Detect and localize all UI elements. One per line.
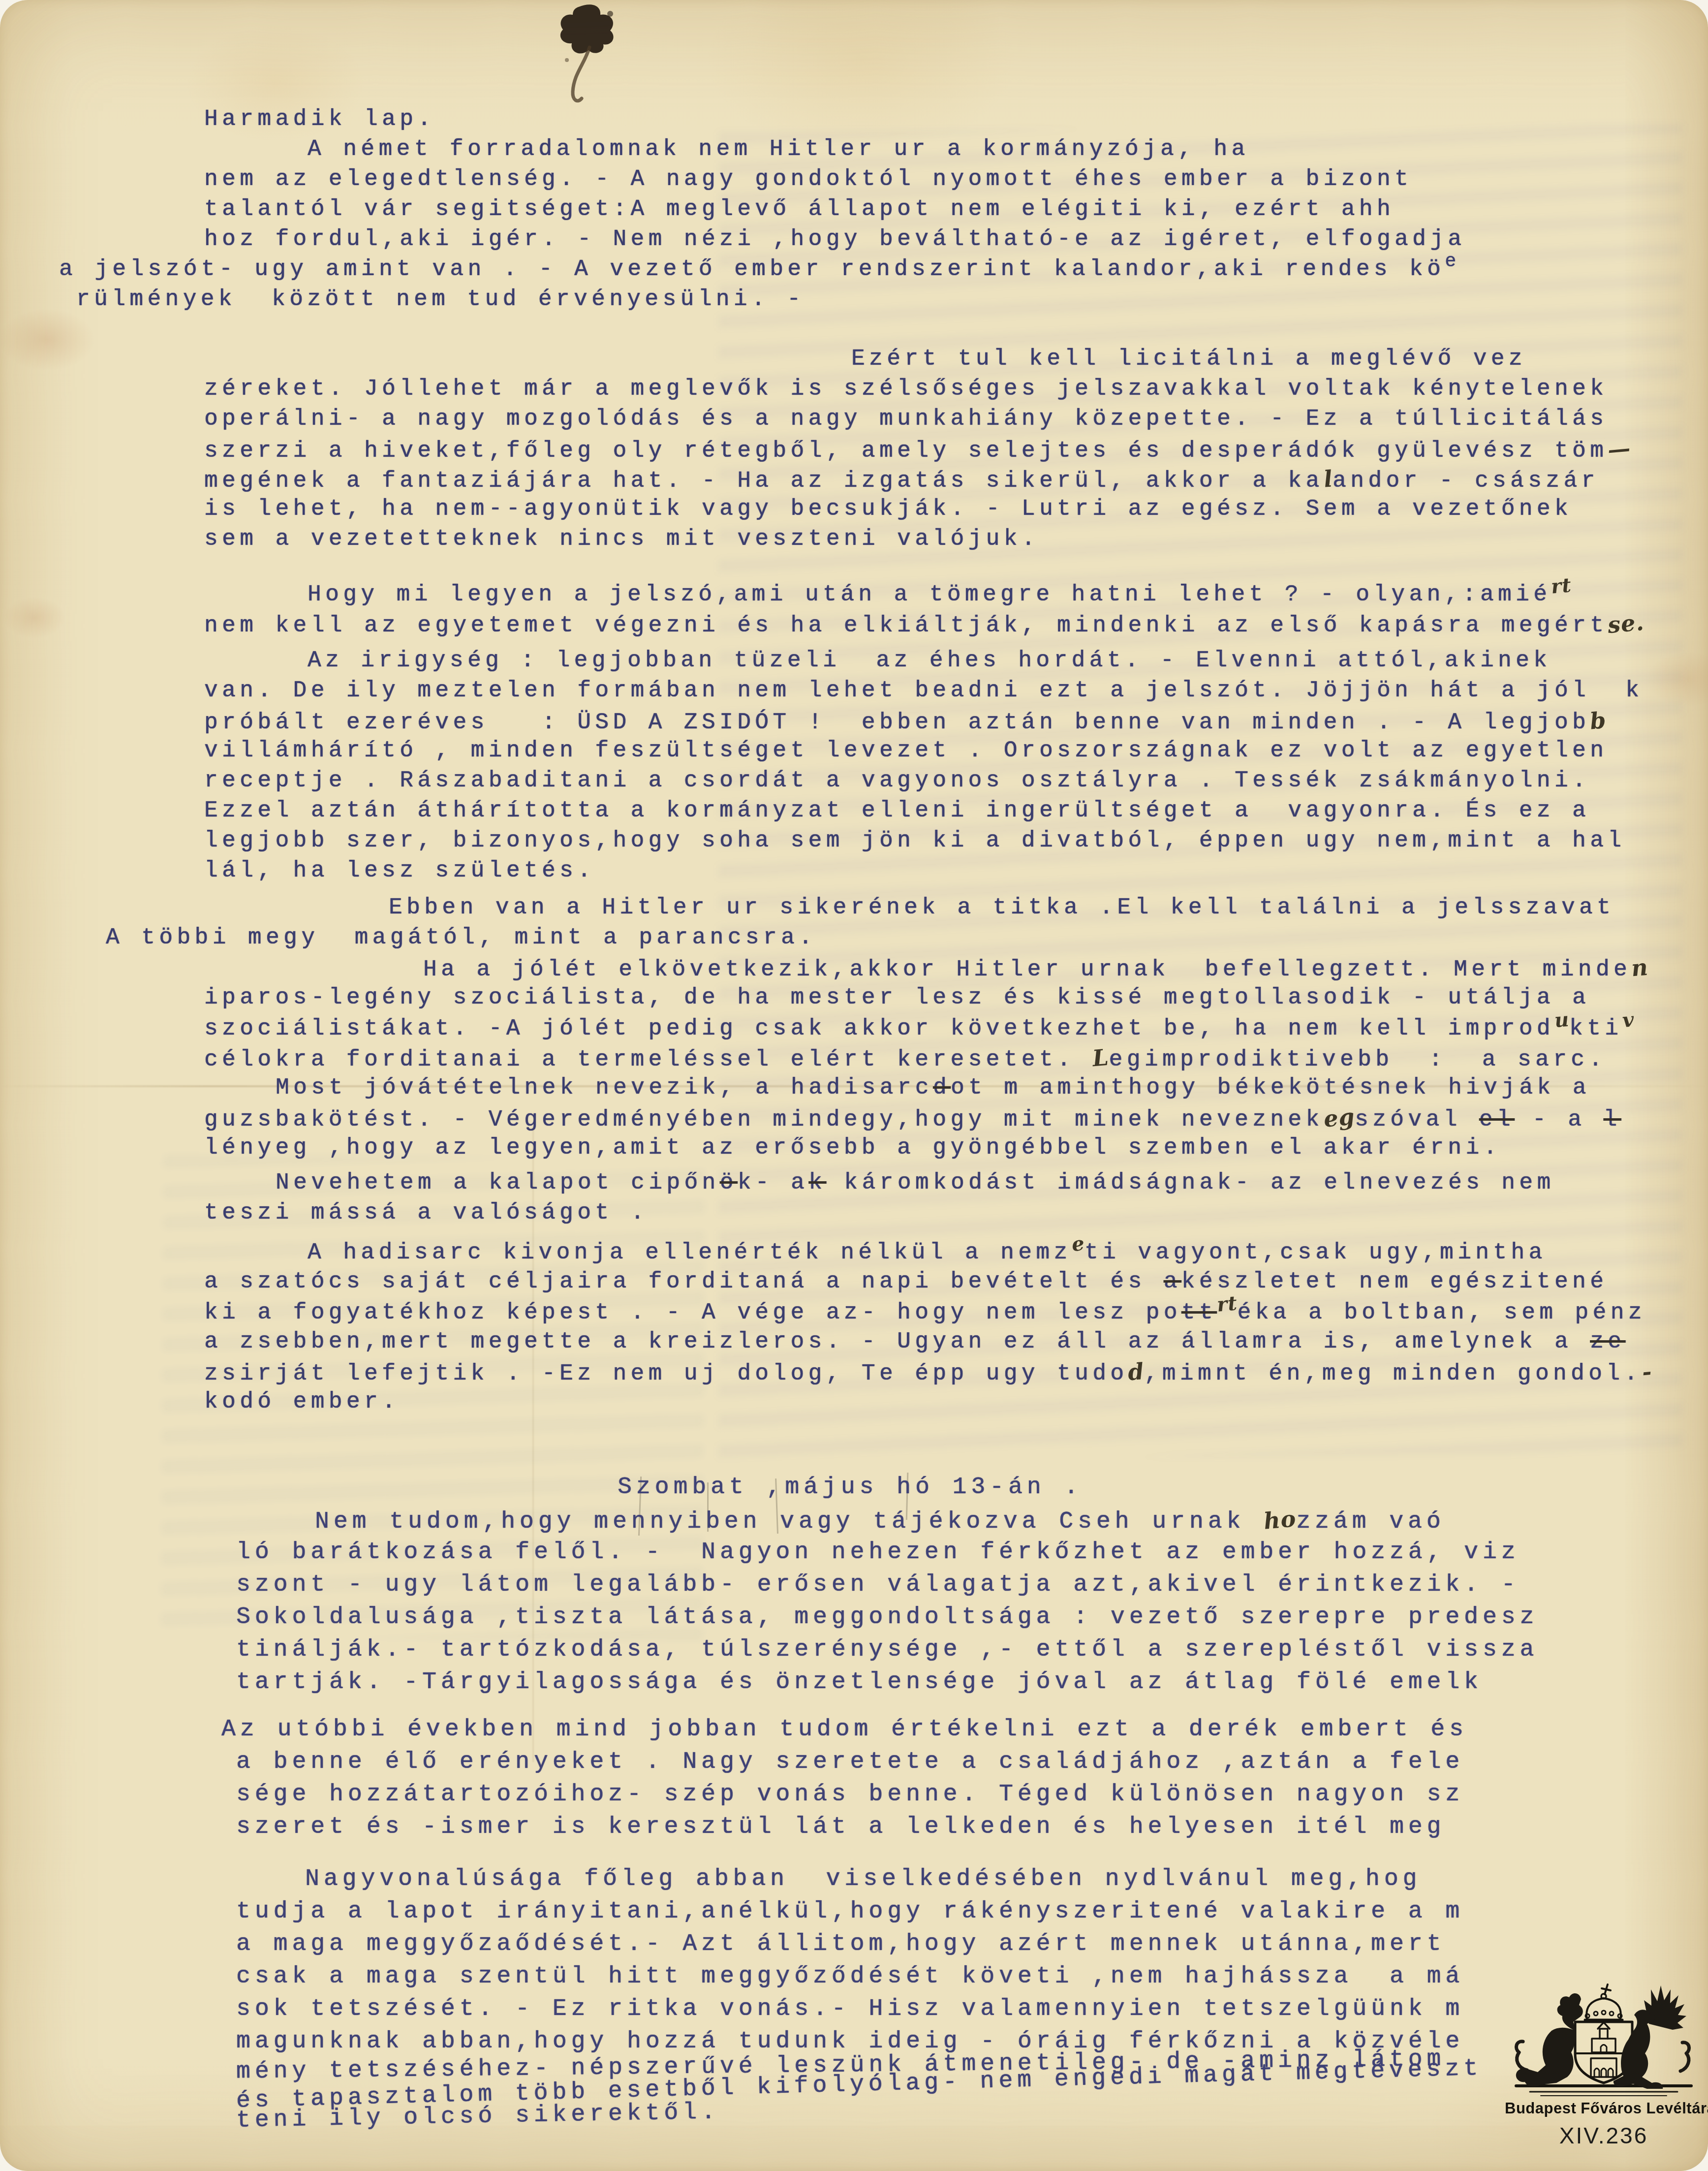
handwritten-correction: se. <box>1607 607 1646 640</box>
text-line: tudja a lapot irányitani,anélkül,hogy rá… <box>0 1895 1708 1928</box>
handwritten-correction: n <box>1630 952 1650 984</box>
typed-text: Ezzel aztán áthárította a kormányzat ell… <box>204 798 1590 823</box>
text-line: Nevehetem a kalapot cipőnök- ak káromkod… <box>0 1168 1708 1198</box>
text-line: receptje . Rászabaditani a csordát a vag… <box>0 766 1708 796</box>
typed-text: e <box>1445 251 1460 272</box>
typed-text: kti <box>1569 1016 1622 1041</box>
text-line: Az irigység : legjobban tüzeli az éhes h… <box>0 646 1708 676</box>
typed-text: szont - ugy látom legalább- erősen válag… <box>236 1572 1520 1598</box>
text-line: iparos-legény szociálista, de ha mester … <box>0 983 1708 1013</box>
text-line: Ebben van a Hitler ur sikerének a titka … <box>0 893 1708 923</box>
text-line: célokra forditanai a termeléssel elért k… <box>0 1043 1708 1073</box>
typed-text: szeret és -ismer is keresztül lát a lelk… <box>236 1814 1445 1840</box>
typed-text: nem kell az egyetemet végezni és ha elki… <box>204 613 1608 638</box>
typed-text: egimprodiktivebb : a sarc. <box>1109 1047 1607 1072</box>
typed-text: hoz fordul,aki igér. - Nem nézi ,hogy be… <box>204 226 1465 252</box>
text-line: nem kell az egyetemet végezni és ha elki… <box>0 609 1708 639</box>
typed-text: Ebben van a Hitler ur sikerének a titka … <box>389 895 1615 920</box>
typed-text: a szatócs saját céljaira forditaná a nap… <box>204 1269 1164 1294</box>
typed-text: szociálistákat. -A jólét pedig csak akko… <box>204 1016 1554 1041</box>
text-line: a benne élő erényeket . Nagy szeretete a… <box>0 1746 1708 1778</box>
typed-text: teni ily olcsó sikerektől. <box>236 2099 720 2134</box>
typed-text: szerzi a hiveket,főleg oly rétegből, ame… <box>204 438 1608 464</box>
typed-text: a jelszót- ugy amint van . - A vezető em… <box>59 256 1445 282</box>
typed-text: próbált ezeréves : ÜSD A ZSIDÓT ! ebben … <box>204 710 1590 735</box>
handwritten-correction: u <box>1553 1005 1570 1036</box>
text-line: próbált ezeréves : ÜSD A ZSIDÓT ! ebben … <box>0 706 1708 736</box>
typed-text: tartják. -Tárgyilagossága és önzetlenség… <box>236 1669 1483 1696</box>
typed-text: Hogy mi legyen a jelszó,ami után a tömeg… <box>308 582 1551 607</box>
text-line: villámhárító , minden feszültséget levez… <box>0 736 1708 766</box>
typed-text: zsirját lefejtik . -Ez nem uj dolog, Te … <box>204 1361 1128 1386</box>
typed-text: lál, ha lesz születés. <box>204 858 595 883</box>
typed-text: A német forradalomnak nem Hitler ur a ko… <box>308 136 1249 162</box>
typed-text: Ezért tul kell licitálni a meglévő vez <box>851 346 1526 372</box>
typed-text: Ha a jólét elkövetkezik,akkor Hitler urn… <box>423 957 1631 982</box>
typed-text: k <box>808 1170 826 1196</box>
typed-text: Most jóvátételnek nevezik, a hadisarc <box>276 1075 933 1101</box>
handwritten-correction: - <box>1641 1356 1653 1387</box>
typed-text: Sokoldalusága ,tiszta látása, meggondolt… <box>236 1604 1538 1631</box>
text-line: ló barátkozása felől. - Nagyon nehezen f… <box>0 1536 1708 1569</box>
typed-text: is lehet, ha nem--agyonütik vagy becsukj… <box>204 496 1572 522</box>
typed-text: a benne élő erényeket . Nagy szeretete a… <box>236 1749 1464 1775</box>
typed-text: l <box>1604 1107 1621 1133</box>
document-page: Harmadik lap.A német forradalomnak nem H… <box>0 0 1708 2171</box>
text-line: rülmények között nem tud érvényesülni. - <box>0 284 1708 315</box>
typed-text: Az irigység : legjobban tüzeli az éhes h… <box>308 648 1551 673</box>
text-line: hoz fordul,aki igér. - Nem nézi ,hogy be… <box>0 224 1708 254</box>
typed-text: ot m aminthogy békekötésnek hivják a <box>951 1075 1590 1101</box>
text-line: szociálistákat. -A jólét pedig csak akko… <box>0 1013 1708 1043</box>
text-line: Az utóbbi években mind jobban tudom érté… <box>0 1713 1708 1746</box>
typed-text: a zsebben,mert megette a kreizleros. - U… <box>204 1329 1590 1354</box>
text-line: Ezzel aztán áthárította a kormányzat ell… <box>0 796 1708 826</box>
typed-text: tt <box>1181 1300 1217 1325</box>
typed-text: a <box>1164 1269 1181 1294</box>
text-line: szerzi a hiveket,főleg oly rétegből, ame… <box>0 434 1708 464</box>
handwritten-correction: L <box>1091 1042 1111 1074</box>
typed-text: operálni- a nagy mozgolódás és a nagy mu… <box>204 406 1608 432</box>
typed-text: nem az elegedtlenség. - A nagy gondoktól… <box>204 166 1412 192</box>
text-line: Most jóvátételnek nevezik, a hadisarcdot… <box>0 1073 1708 1103</box>
handwritten-correction: d <box>1127 1356 1146 1388</box>
typed-text: talantól vár segitséget:A meglevő állapo… <box>204 196 1395 222</box>
typed-text: ki a fogyatékhoz képest . - A vége az- h… <box>204 1300 1181 1325</box>
text-line: zéreket. Jóllehet már a meglevők is szél… <box>0 374 1708 404</box>
text-line: a jelszót- ugy amint van . - A vezető em… <box>0 254 1708 284</box>
text-line: sége hozzátartozóihoz- szép vonás benne.… <box>0 1778 1708 1811</box>
typed-text: Harmadik lap. <box>204 106 435 132</box>
typed-text: Nevehetem a kalapot cipőn <box>276 1170 720 1196</box>
typed-text: zéreket. Jóllehet már a meglevők is szél… <box>204 376 1608 402</box>
text-line: ki a fogyatékhoz képest . - A vége az- h… <box>0 1297 1708 1327</box>
text-line: tartják. -Tárgyilagossága és önzetlenség… <box>0 1666 1708 1699</box>
typed-text: Az utóbbi években mind jobban tudom érté… <box>221 1716 1468 1743</box>
typed-text: megének a fantaziájára hat. - Ha az izga… <box>204 468 1324 494</box>
text-line: Ha a jólét elkövetkezik,akkor Hitler urn… <box>0 953 1708 983</box>
text-line: a zsebben,mert megette a kreizleros. - U… <box>0 1327 1708 1357</box>
handwritten-correction: rt <box>1550 570 1573 601</box>
typed-text: Nem tudom,hogy mennyiben vagy tájékozva … <box>315 1509 1264 1535</box>
typed-text: célokra forditanai a termeléssel elért k… <box>204 1047 1092 1072</box>
text-line: nem az elegedtlenség. - A nagy gondoktól… <box>0 164 1708 194</box>
text-line: Nem tudom,hogy mennyiben vagy tájékozva … <box>0 1504 1708 1536</box>
typed-text: kodó ember. <box>204 1389 400 1415</box>
typed-text: készletet nem egészitené <box>1181 1269 1608 1294</box>
text-line: Sokoldalusága ,tiszta látása, meggondolt… <box>0 1601 1708 1634</box>
typed-text: éka a boltban, sem pénz <box>1238 1300 1646 1325</box>
stamp-code: XIV.236 <box>1505 2122 1703 2149</box>
text-line: szeret és -ismer is keresztül lát a lelk… <box>0 1811 1708 1843</box>
text-line: A német forradalomnak nem Hitler ur a ko… <box>0 134 1708 164</box>
typed-text: legjobb szer, bizonyos,hogy soha sem jön… <box>204 828 1625 853</box>
text-line: Harmadik lap. <box>0 104 1708 134</box>
text-line: a maga meggyőzaődését.- Azt állitom,hogy… <box>0 1928 1708 1960</box>
typed-text: sége hozzátartozóihoz- szép vonás benne.… <box>236 1781 1464 1808</box>
text-line: lényeg ,hogy az legyen,amit az erősebb a… <box>0 1133 1708 1163</box>
text-line: csak a maga szentül hitt meggyőződését k… <box>0 1960 1708 1993</box>
typed-text: receptje . Rászabaditani a csordát a vag… <box>204 768 1590 793</box>
typed-text: van. De ily meztelen formában nem lehet … <box>204 678 1643 703</box>
text-line: guzsbakötést. - Végeredményében mindegy,… <box>0 1103 1708 1133</box>
text-line: A többi megy magától, mint a parancsra. <box>0 923 1708 953</box>
text-line: szont - ugy látom legalább- erősen válag… <box>0 1569 1708 1601</box>
typed-text: szóval <box>1355 1107 1479 1133</box>
coat-of-arms-icon <box>1508 1975 1700 2098</box>
typed-text: guzsbakötést. - Végeredményében mindegy,… <box>204 1107 1324 1133</box>
text-line: A hadisarc kivonja ellenérték nélkül a n… <box>0 1237 1708 1267</box>
stamp-title: Budapest Főváros Levéltára <box>1505 2100 1703 2117</box>
letter-text: Harmadik lap.A német forradalomnak nem H… <box>0 0 1708 2140</box>
text-line: a szatócs saját céljaira forditaná a nap… <box>0 1267 1708 1297</box>
typed-text: tudja a lapot irányitani,anélkül,hogy rá… <box>236 1898 1464 1925</box>
handwritten-correction: e <box>1070 1228 1086 1259</box>
text-line: van. De ily meztelen formában nem lehet … <box>0 676 1708 706</box>
typed-text: d <box>933 1075 951 1101</box>
text-line: Hogy mi legyen a jelszó,ami után a tömeg… <box>0 579 1708 609</box>
typed-text: lényeg ,hogy az legyen,amit az erősebb a… <box>204 1135 1501 1161</box>
text-line: Szombat ,május hó 13-án . <box>0 1471 1708 1504</box>
text-line: sok tetszését. - Ez ritka vonás.- Hisz v… <box>0 1993 1708 2025</box>
typed-text: ö <box>720 1170 738 1196</box>
typed-text: andor - császár <box>1333 468 1599 494</box>
typed-text: csak a maga szentül hitt meggyőződését k… <box>236 1963 1464 1990</box>
typed-text: sok tetszését. - Ez ritka vonás.- Hisz v… <box>236 1996 1464 2022</box>
typed-text: - a <box>1515 1107 1604 1133</box>
handwritten-correction: b <box>1589 705 1608 737</box>
typed-text: A hadisarc kivonja ellenérték nélkül a n… <box>308 1240 1072 1265</box>
text-line: kodó ember. <box>0 1387 1708 1417</box>
typed-text: ló barátkozása felől. - Nagyon nehezen f… <box>236 1539 1520 1566</box>
text-line: lál, ha lesz születés. <box>0 856 1708 886</box>
typed-text: tinálják.- tartózkodása, túlszerénysége … <box>236 1636 1538 1663</box>
handwritten-correction: — <box>1607 433 1632 465</box>
text-line: teszi mássá a valóságot . <box>0 1198 1708 1228</box>
text-line: sem a vezetetteknek nincs mit veszteni v… <box>0 524 1708 554</box>
typed-text: villámhárító , minden feszültséget levez… <box>204 738 1608 763</box>
text-line: is lehet, ha nem--agyonütik vagy becsukj… <box>0 494 1708 524</box>
handwritten-correction: eg <box>1322 1101 1356 1134</box>
handwritten-correction: ho <box>1262 1502 1298 1538</box>
text-line: Ezért tul kell licitálni a meglévő vez <box>0 344 1708 374</box>
typed-text: teszi mássá a valóságot . <box>204 1200 649 1226</box>
typed-text: ti vagyont,csak ugy,mintha <box>1085 1240 1547 1265</box>
text-line: operálni- a nagy mozgolódás és a nagy mu… <box>0 404 1708 434</box>
typed-text: ze <box>1590 1329 1625 1354</box>
typed-text: zzám vaó <box>1296 1509 1445 1535</box>
typed-text: iparos-legény szociálista, de ha mester … <box>204 985 1590 1010</box>
typed-text: Szombat ,május hó 13-án . <box>618 1474 1083 1501</box>
text-line: zsirját lefejtik . -Ez nem uj dolog, Te … <box>0 1357 1708 1387</box>
archive-stamp: Budapest Főváros Levéltára XIV.236 <box>1505 1975 1703 2149</box>
typed-text: k- a <box>738 1170 808 1196</box>
typed-text: el <box>1479 1107 1515 1133</box>
typed-text: ,mimnt én,meg minden gondol. <box>1145 1361 1642 1386</box>
typed-text: Nagyvonalúsága főleg abban viselkedésébe… <box>305 1866 1421 1892</box>
text-line: legjobb szer, bizonyos,hogy soha sem jön… <box>0 826 1708 856</box>
text-line: talantól vár segitséget:A meglevő állapo… <box>0 194 1708 224</box>
text-line: Nagyvonalúsága főleg abban viselkedésébe… <box>0 1863 1708 1895</box>
typed-text: A többi megy magától, mint a parancsra. <box>106 925 816 950</box>
text-line: megének a fantaziájára hat. - Ha az izga… <box>0 464 1708 494</box>
typed-text: a maga meggyőzaődését.- Azt állitom,hogy… <box>236 1931 1445 1957</box>
handwritten-correction: rt <box>1215 1288 1239 1320</box>
typed-text: sem a vezetetteknek nincs mit veszteni v… <box>204 526 1039 552</box>
typed-text: rülmények között nem tud érvényesülni. - <box>76 286 805 312</box>
typed-text: káromkodást imádságnak- az elnevezés nem <box>826 1170 1554 1196</box>
text-line: tinálják.- tartózkodása, túlszerénysége … <box>0 1634 1708 1666</box>
